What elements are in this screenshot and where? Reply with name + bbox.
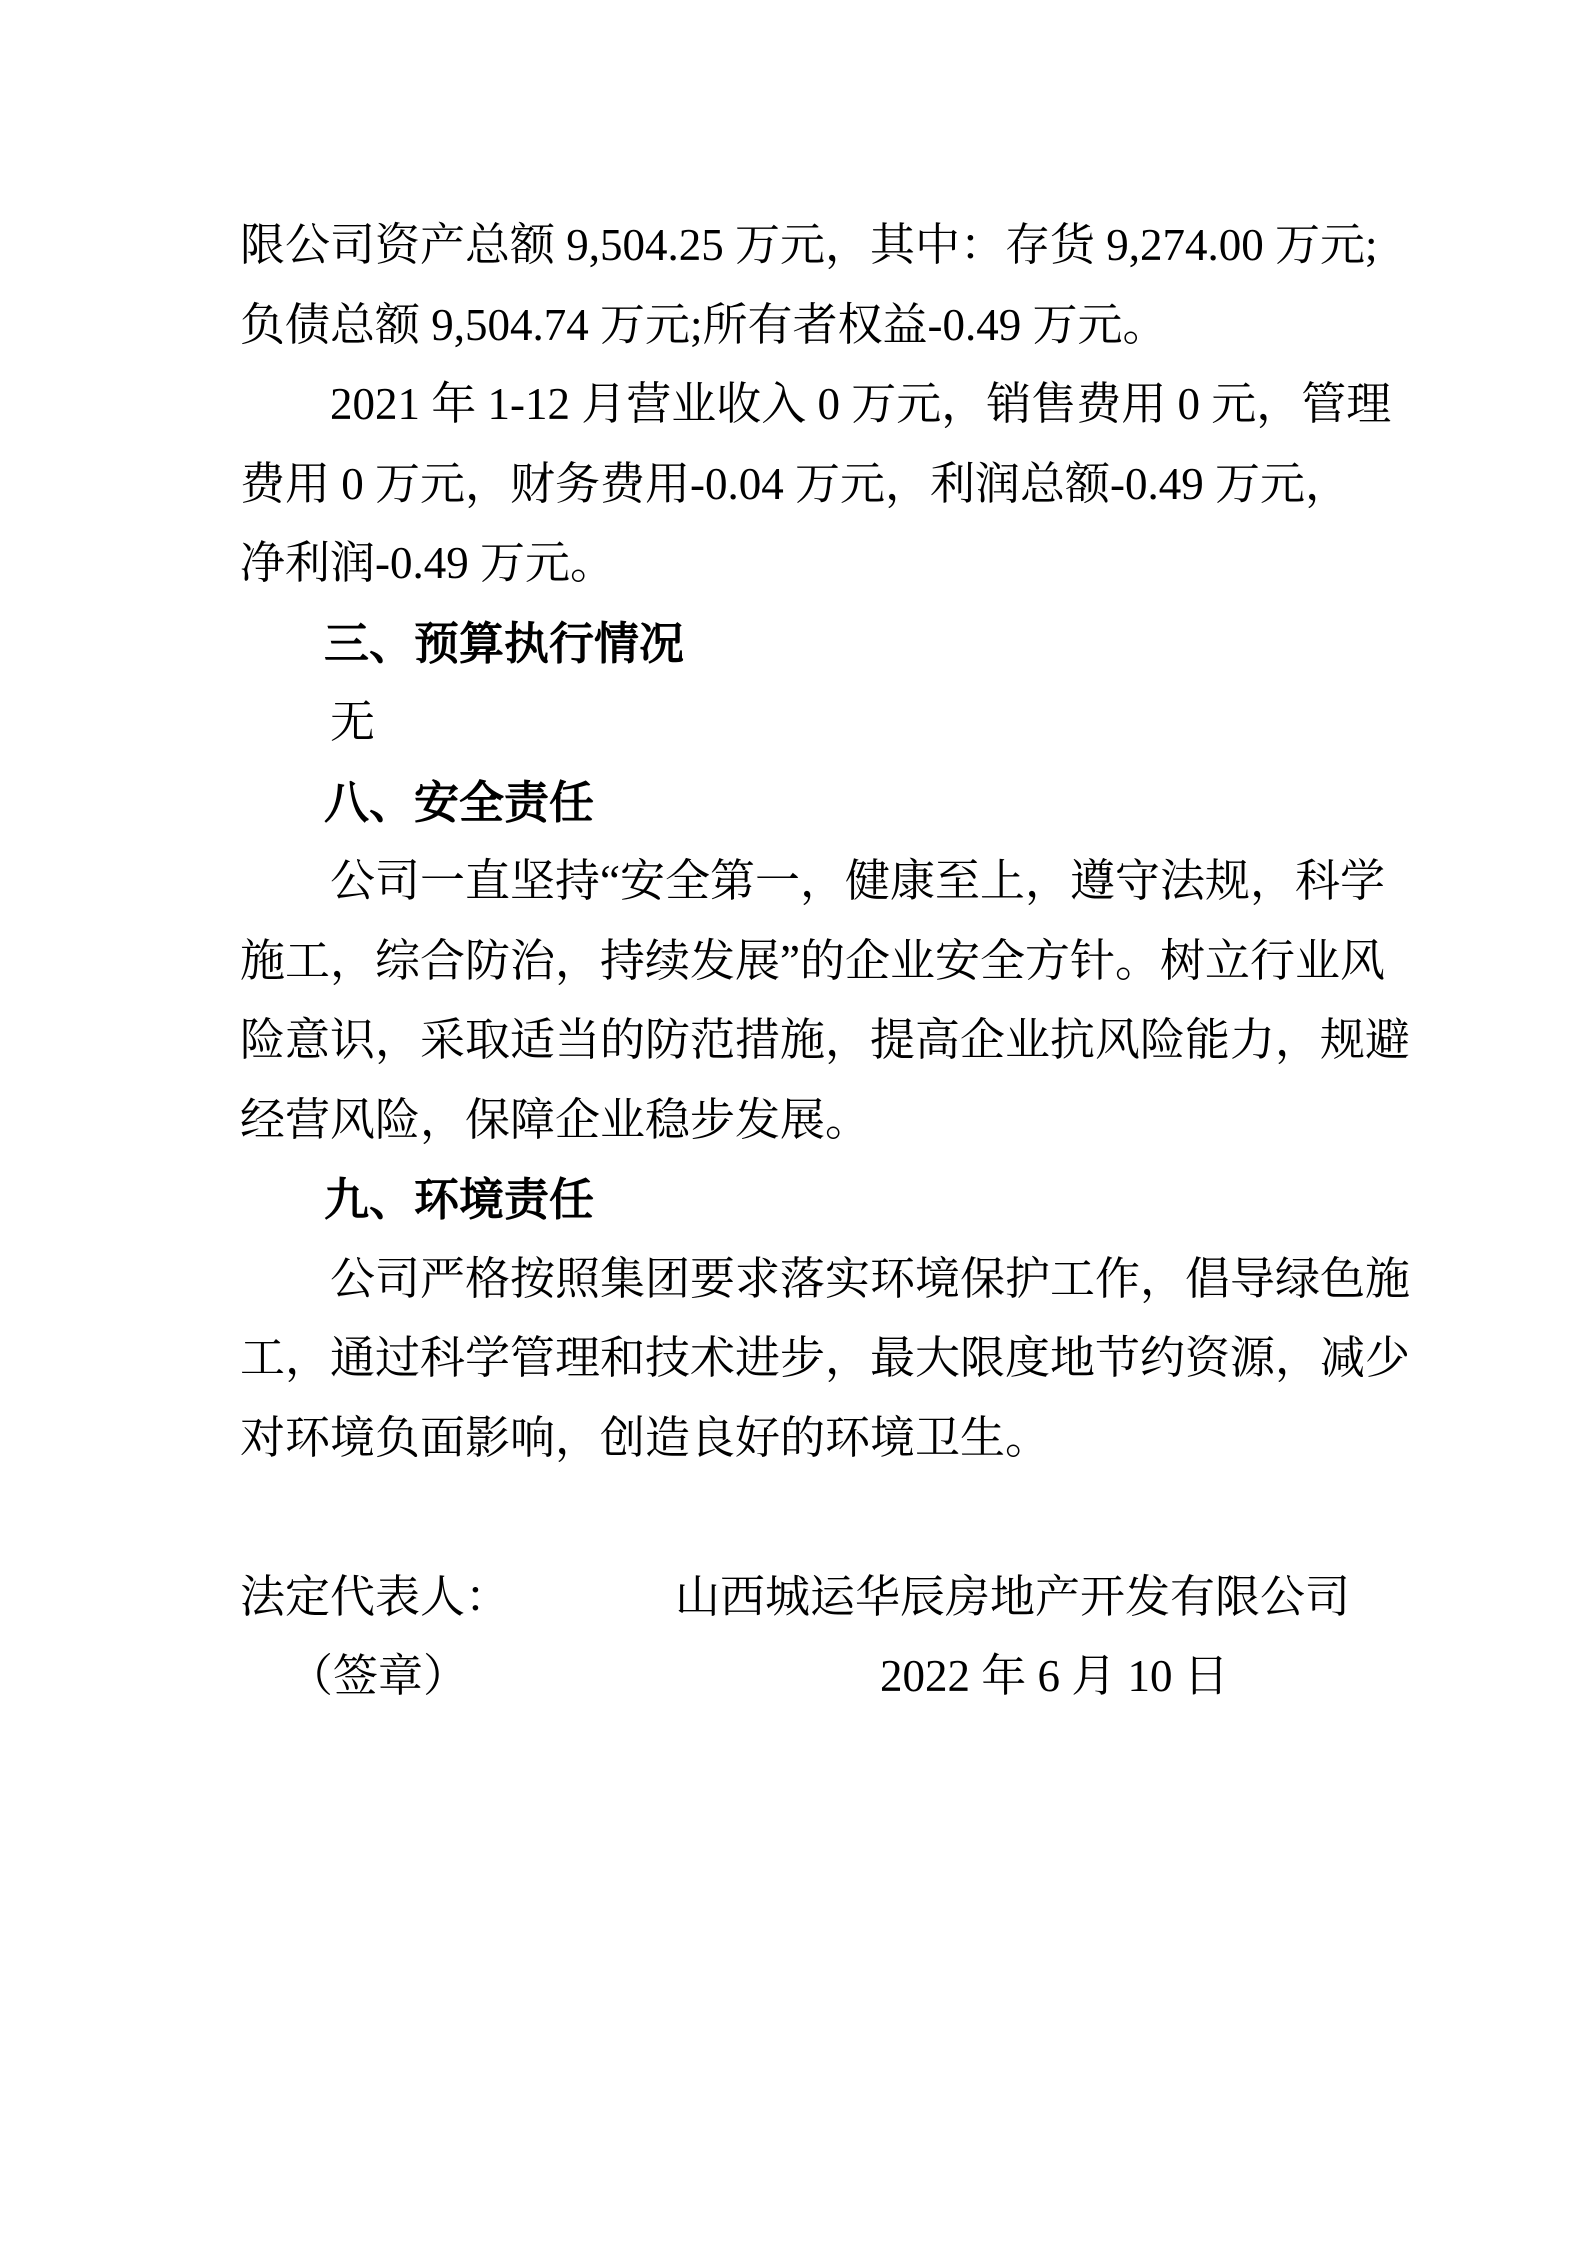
section-heading-safety-responsibility: 八、安全责任 [240,763,1350,843]
body-line: 险意识，采取适当的防范措施，提高企业抗风险能力，规避 [240,1001,1350,1081]
body-line: 施工，综合防治，持续发展”的企业安全方针。树立行业风 [240,922,1350,1002]
body-line: 费用 0 万元，财务费用-0.04 万元，利润总额-0.49 万元， [240,445,1350,525]
company-name: 山西城运华辰房地产开发有限公司 [675,1558,1350,1638]
body-line: 限公司资产总额 9,504.25 万元，其中：存货 9,274.00 万元; [240,206,1350,286]
body-line: 对环境负面影响，创造良好的环境卫生。 [240,1399,1350,1479]
legal-representative-label: 法定代表人： [240,1572,510,1622]
document-page: 限公司资产总额 9,504.25 万元，其中：存货 9,274.00 万元; 负… [0,0,1587,2245]
section-heading-budget-execution: 三、预算执行情况 [240,604,1350,684]
body-line: 公司严格按照集团要求落实环境保护工作，倡导绿色施 [240,1240,1350,1320]
body-line: 工，通过科学管理和技术进步，最大限度地节约资源，减少 [240,1319,1350,1399]
blank-line [240,1478,1350,1558]
report-date: 2022 年 6 月 10 日 [880,1637,1229,1717]
body-line: 2021 年 1-12 月营业收入 0 万元，销售费用 0 元，管理 [240,365,1350,445]
signature-row-1: 法定代表人： 山西城运华辰房地产开发有限公司 [240,1558,1350,1638]
body-line: 净利润-0.49 万元。 [240,524,1350,604]
body-line: 公司一直坚持“安全第一，健康至上，遵守法规，科学 [240,842,1350,922]
seal-label: （签章） [288,1651,468,1701]
section-heading-environment-responsibility: 九、环境责任 [240,1160,1350,1240]
body-line: 负债总额 9,504.74 万元;所有者权益-0.49 万元。 [240,286,1350,366]
signature-row-2: （签章） 2022 年 6 月 10 日 [240,1637,1350,1717]
body-line: 经营风险，保障企业稳步发展。 [240,1081,1350,1161]
document-content: 限公司资产总额 9,504.25 万元，其中：存货 9,274.00 万元; 负… [240,206,1350,1717]
body-line: 无 [240,683,1350,763]
